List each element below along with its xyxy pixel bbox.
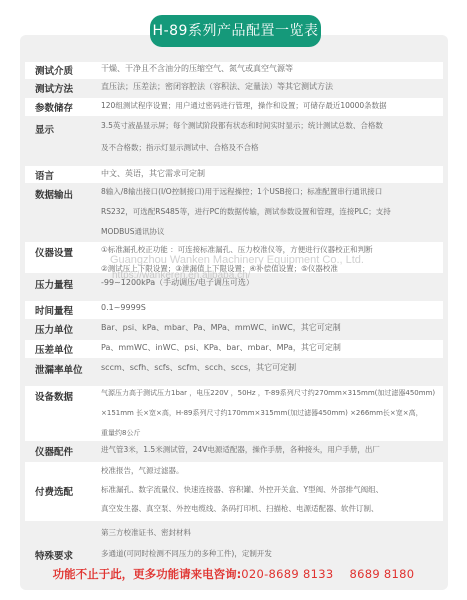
row-value: 8输入/8输出接口(I/O控制接口)用于远程操控；1个USB接口；标准配置串行通… [101, 182, 443, 242]
table-row: 时间量程 0.1~9999S [25, 301, 443, 319]
row-label: 测试介质 [25, 63, 101, 77]
row-label: 显示 [25, 122, 101, 136]
row-label: 特殊要求 [25, 548, 101, 562]
table-row: 语言 中文、英语，其它需求可定制 [25, 166, 443, 183]
page-title: H-89系列产品配置一览表 [150, 15, 321, 47]
row-value: 0.1~9999S [101, 303, 443, 312]
table-row: 测试方法 直压法；压差法；密闭容腔法（容积法、定量法）等其它测试方法 [25, 79, 443, 98]
row-value: 进气管3米，1.5米测试管，24V电源适配器，操作手册，各种接头，用户手册，出厂 [101, 444, 443, 455]
row-value: 直压法；压差法；密闭容腔法（容积法、定量法）等其它测试方法 [101, 81, 443, 92]
row-value: Bar、psi、kPa、mbar、Pa、MPa、mmWC、inWC，其它可定制 [101, 322, 443, 333]
table-row: 泄漏率单位 sccm、scfh、scfs、scfm、scch、sccs，其它可定… [25, 358, 443, 386]
table-row: 压力单位 Bar、psi、kPa、mbar、Pa、MPa、mmWC、inWC，其… [25, 319, 443, 340]
table-row: 第三方校准证书、密封材料 特殊要求 多通道(可同时检测不同压力的多种工件)，定制… [25, 521, 443, 571]
row-label: 压差单位 [25, 342, 101, 356]
row-value: -99~1200kPa（手动调压/电子调压可选） [101, 277, 443, 288]
table-row: 数据输出 8输入/8输出接口(I/O控制接口)用于远程操控；1个USB接口；标准… [25, 183, 443, 242]
row-label: 付费选配 [25, 484, 101, 498]
footer-contact: 功能不止于此，更多功能请来电咨询:020-8689 8133 8689 8180 [0, 566, 467, 582]
table-row: 仪器配件 进气管3米，1.5米测试管，24V电源适配器，操作手册，各种接头，用户… [25, 441, 443, 462]
phone-number-2: 8689 8180 [349, 567, 414, 581]
row-value: 干燥、干净且不含油分的压缩空气、氮气或真空气源等 [101, 63, 443, 74]
row-value-continued: 第三方校准证书、密封材料 [101, 527, 443, 538]
table-row: 显示 3.5英寸液晶显示屏；每个测试阶段都有状态和时间实时显示；统计测试总数、合… [25, 116, 443, 166]
row-label: 仪器设置 [25, 245, 101, 259]
row-label: 设备数据 [25, 389, 101, 403]
footer-text: 功能不止于此，更多功能请来电咨询: [53, 567, 242, 581]
row-value: 3.5英寸液晶显示屏；每个测试阶段都有状态和时间实时显示；统计测试总数、合格数 … [101, 115, 443, 159]
row-label: 语言 [25, 168, 101, 182]
row-label: 压力单位 [25, 322, 101, 336]
table-row: 设备数据 气源压力高于测试压力1bar ，电压220V ，50Hz ，T-89系… [25, 386, 443, 441]
row-label: 数据输出 [25, 187, 101, 201]
row-value: 标准漏孔、数字流量仪、快速连接器、容积罐、外控开关盒、Y型阀、外部排气阀组、 真… [101, 480, 443, 518]
table-row: 测试介质 干燥、干净且不含油分的压缩空气、氮气或真空气源等 [25, 62, 443, 79]
row-value: sccm、scfh、scfs、scfm、scch、sccs，其它可定制 [101, 362, 443, 373]
row-value-continued: 校准报告，气源过滤器。 [101, 465, 443, 476]
row-label: 泄漏率单位 [25, 362, 101, 376]
row-value: 气源压力高于测试压力1bar ，电压220V ，50Hz ，T-89系列尺寸约2… [101, 383, 443, 443]
table-row: 压力量程 -99~1200kPa（手动调压/电子调压可选） [25, 273, 443, 301]
row-label: 测试方法 [25, 81, 101, 95]
table-row: 仪器设置 ①标准漏孔校正功能 ：可连接标准漏孔、压力校准仪等，方便进行仪器校正和… [25, 242, 443, 273]
table-row: 压差单位 Pa、mmWC、inWC、psi、KPa、bar、mbar、MPa，其… [25, 340, 443, 358]
row-value: Pa、mmWC、inWC、psi、KPa、bar、mbar、MPa，其它可定制 [101, 342, 443, 353]
row-label: 压力量程 [25, 277, 101, 291]
table-row: 校准报告，气源过滤器。 付费选配 标准漏孔、数字流量仪、快速连接器、容积罐、外控… [25, 462, 443, 521]
row-value: 120组测试程序设置；用户通过密码进行管理，操作和设置；可储存最近10000条数… [101, 100, 443, 111]
spec-table: 测试介质 干燥、干净且不含油分的压缩空气、氮气或真空气源等 测试方法 直压法；压… [25, 62, 443, 571]
row-label: 参数储存 [25, 100, 101, 114]
row-value: 多通道(可同时检测不同压力的多种工件)，定制开发 [101, 548, 443, 559]
row-label: 仪器配件 [25, 444, 101, 458]
phone-number-1: 020-8689 8133 [241, 567, 333, 581]
table-row: 参数储存 120组测试程序设置；用户通过密码进行管理，操作和设置；可储存最近10… [25, 98, 443, 116]
row-label: 时间量程 [25, 303, 101, 317]
row-value: 中文、英语，其它需求可定制 [101, 168, 443, 179]
